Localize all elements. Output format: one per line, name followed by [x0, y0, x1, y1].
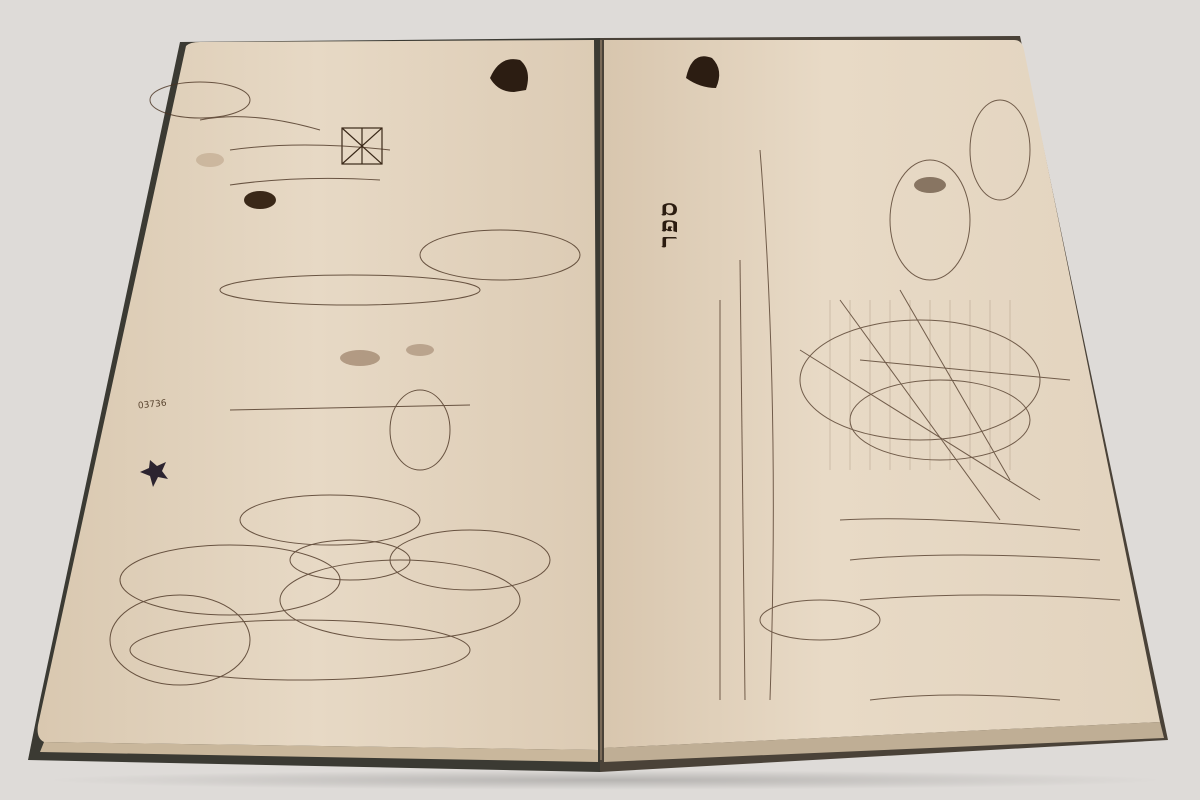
- book-illustration: [0, 0, 1200, 800]
- left-page: [38, 40, 598, 762]
- right-page: [604, 40, 1164, 762]
- right-page-title-script: ספר: [654, 200, 684, 248]
- manuscript-photo: 03736 ספר: [0, 0, 1200, 800]
